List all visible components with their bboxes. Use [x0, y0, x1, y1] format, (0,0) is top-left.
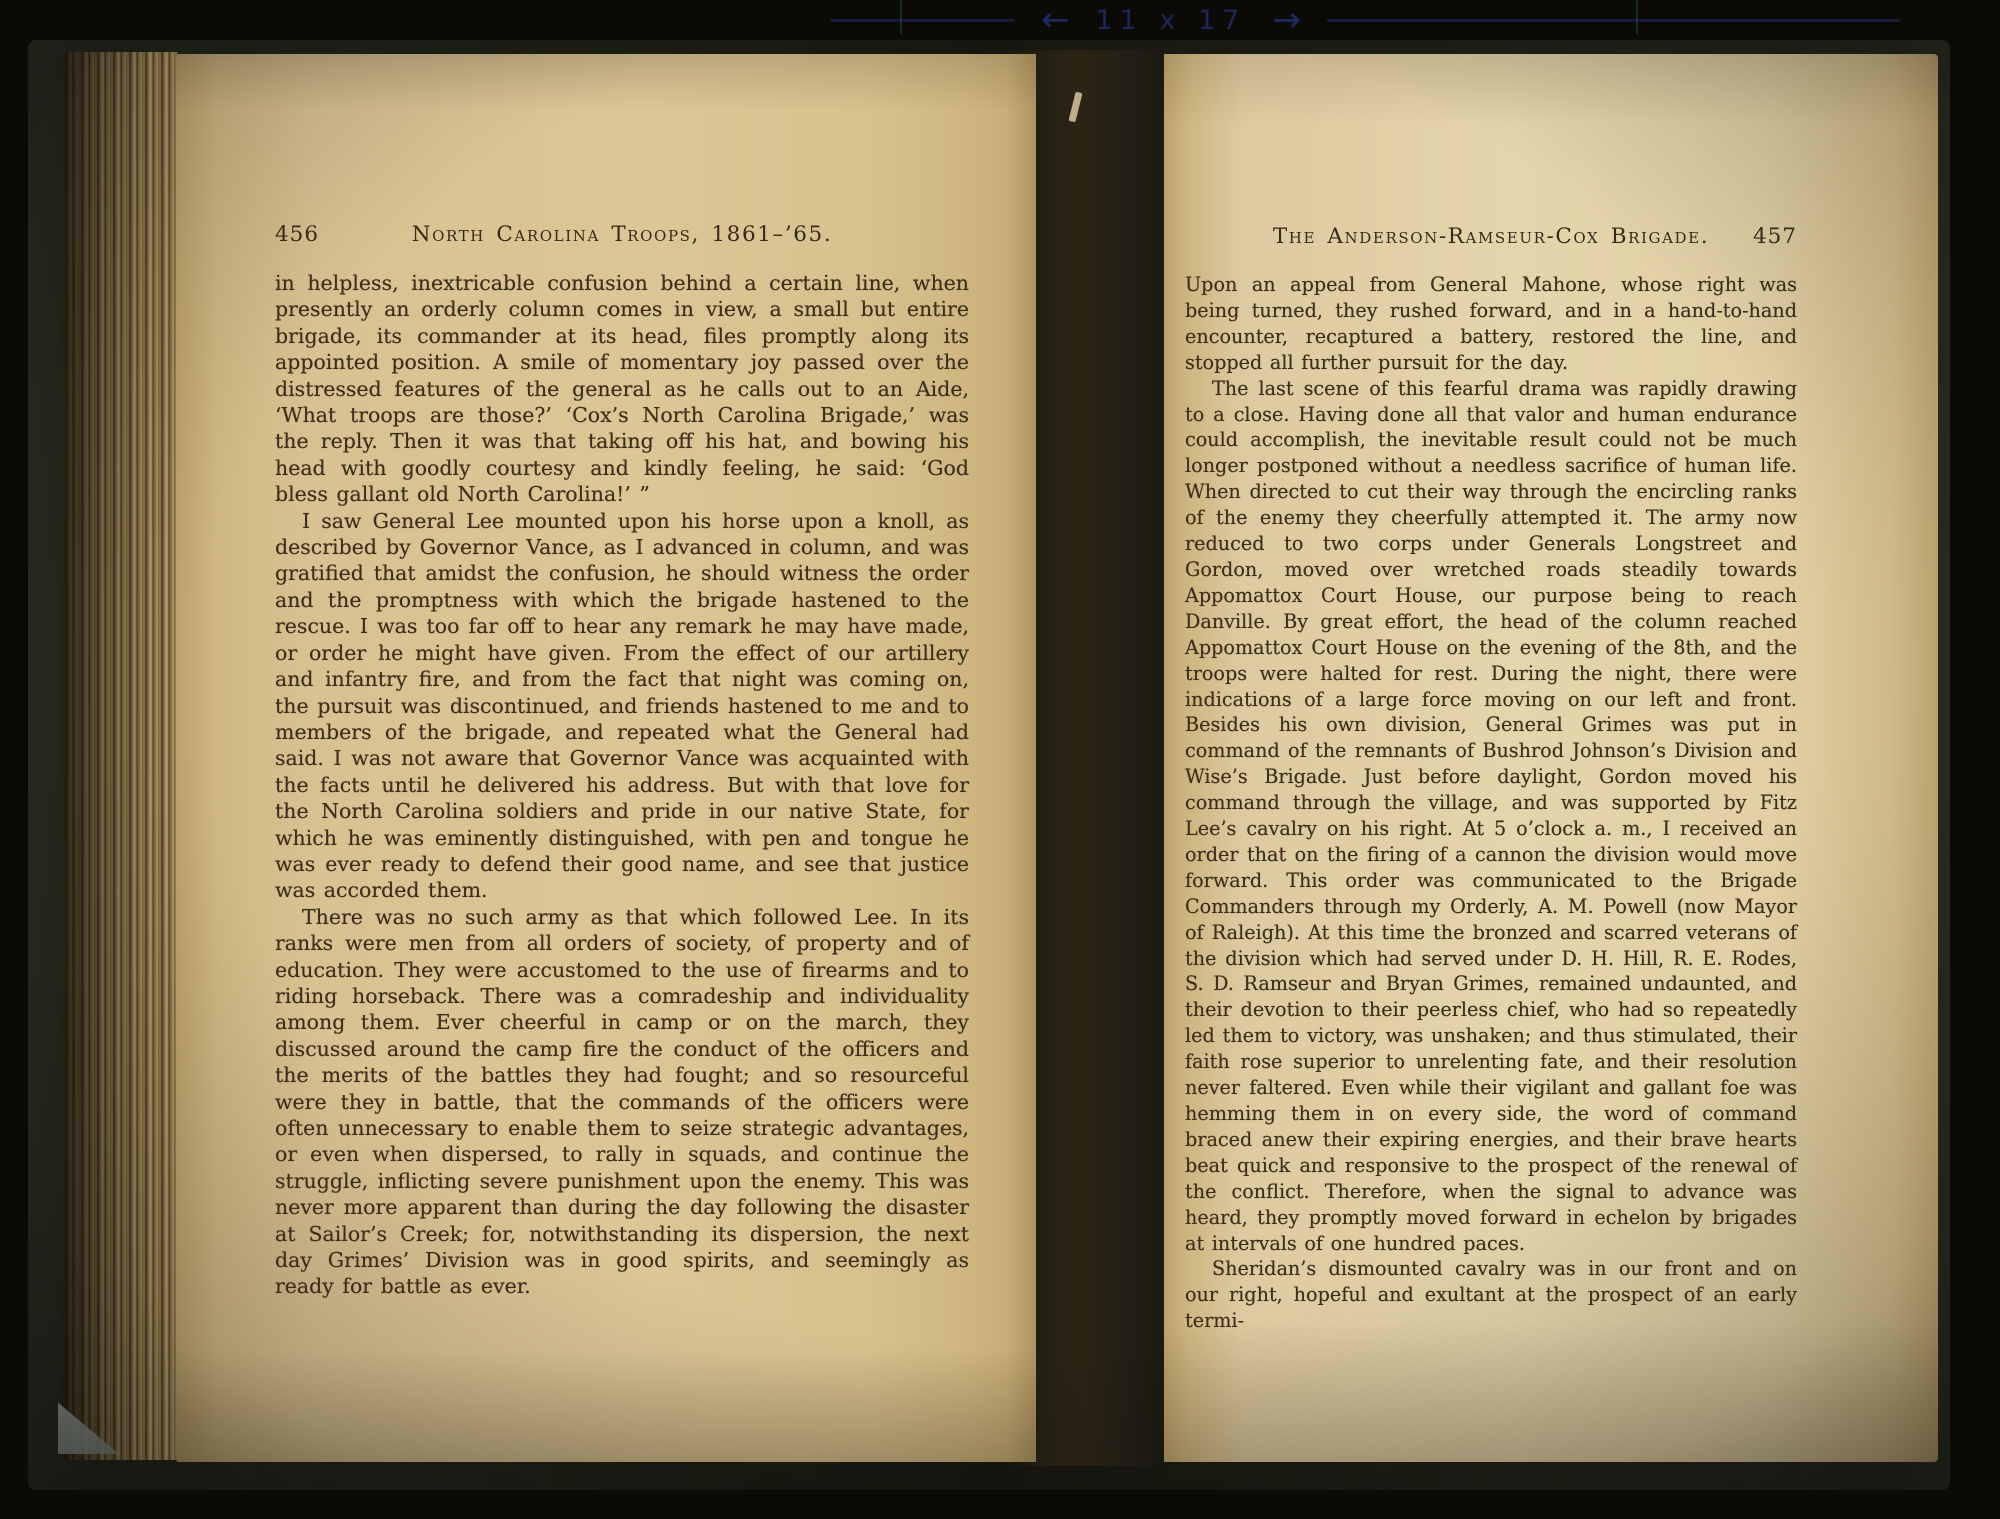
fanned-page-edges	[62, 52, 178, 1460]
book-gutter	[1006, 50, 1166, 1466]
left-body-text: in helpless, inextricable confusion behi…	[275, 270, 969, 1300]
scanner-size-label: ← 11 x 17 →	[830, 0, 1900, 40]
paragraph: There was no such army as that which fol…	[275, 904, 969, 1300]
right-page-text: The Anderson-Ramseur-Cox Brigade. 457 Up…	[1185, 224, 1797, 1334]
ruler-line	[830, 19, 1015, 22]
left-page-number: 456	[275, 222, 347, 247]
ruler-tick	[1636, 0, 1638, 34]
right-body-text: Upon an appeal from General Mahone, whos…	[1185, 272, 1797, 1334]
paragraph: Sheridan’s dismounted cavalry was in our…	[1185, 1256, 1797, 1334]
paragraph: The last scene of this fearful drama was…	[1185, 376, 1797, 1257]
left-running-title: North Carolina Troops, 1861–’65.	[347, 222, 897, 247]
ruler-tick	[900, 0, 902, 34]
right-arrow-icon: →	[1246, 3, 1327, 37]
right-page-number: 457	[1725, 224, 1797, 249]
left-page-text: 456 North Carolina Troops, 1861–’65. in …	[275, 222, 969, 1300]
page-size-text: 11 x 17	[1096, 5, 1247, 36]
left-running-header: 456 North Carolina Troops, 1861–’65.	[275, 222, 969, 247]
left-arrow-icon: ←	[1015, 3, 1096, 37]
paragraph: in helpless, inextricable confusion behi…	[275, 270, 969, 508]
ruler-line	[1327, 19, 1900, 22]
paragraph: Upon an appeal from General Mahone, whos…	[1185, 272, 1797, 376]
right-running-header: The Anderson-Ramseur-Cox Brigade. 457	[1185, 224, 1797, 249]
paragraph: I saw General Lee mounted upon his horse…	[275, 508, 969, 904]
right-running-title: The Anderson-Ramseur-Cox Brigade.	[1257, 224, 1725, 249]
scanned-book-photo: { "scan_overlay": { "left_arrow": "←", "…	[0, 0, 2000, 1519]
